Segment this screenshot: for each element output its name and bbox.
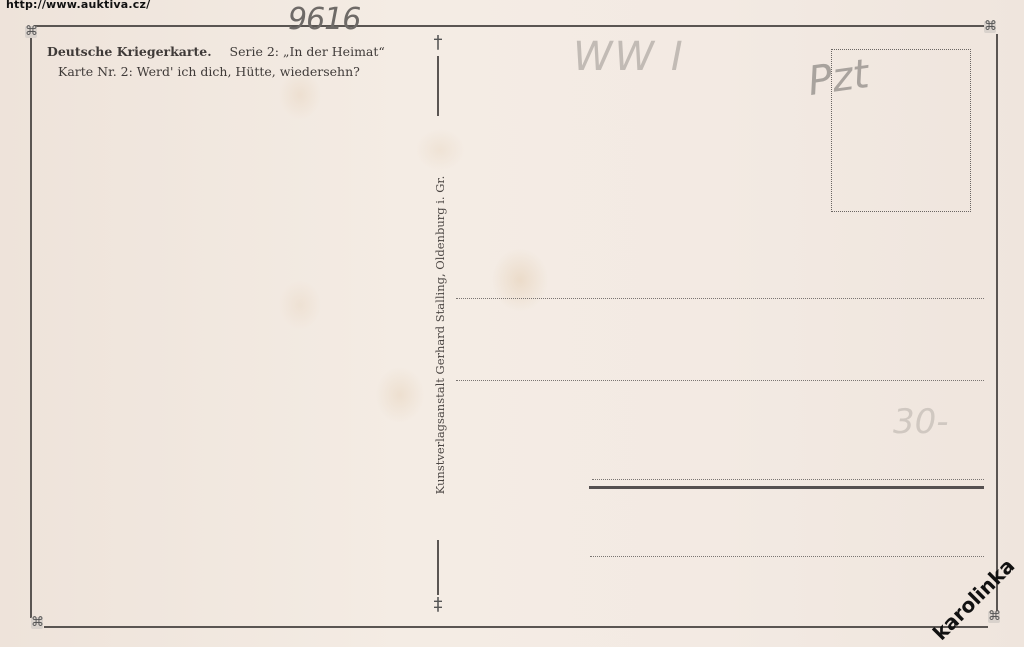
address-line-4 xyxy=(590,556,984,557)
card-title: Deutsche Kriegerkarte. Serie 2: „In der … xyxy=(47,44,385,59)
corner-ornament-icon-top-left: ⌘ xyxy=(25,26,37,38)
pencil-era-note: WW I xyxy=(573,34,685,80)
frame-top-border xyxy=(34,25,988,27)
divider-line-upper xyxy=(437,56,439,116)
corner-ornament-icon-bottom-left: ⌘ xyxy=(31,617,43,629)
stamp-box xyxy=(831,49,971,212)
frame-bottom-border xyxy=(44,626,988,628)
card-title-bold: Deutsche Kriegerkarte. xyxy=(47,44,212,59)
frame-right-border xyxy=(996,34,998,612)
address-line-1 xyxy=(456,298,984,299)
address-destination-underline xyxy=(589,486,984,489)
pencil-inventory-number: 9616 xyxy=(288,2,360,37)
corner-ornament-icon-bottom-right: ⌘ xyxy=(988,611,1000,623)
card-subtitle: Karte Nr. 2: Werd' ich dich, Hütte, wied… xyxy=(58,64,360,79)
frame-left-border xyxy=(30,36,32,618)
seller-watermark: karolinka xyxy=(928,554,1019,645)
pencil-price: 30- xyxy=(893,402,949,442)
watermark-url: http://www.auktiva.cz/ xyxy=(6,0,150,11)
address-line-2 xyxy=(456,380,984,381)
divider-line-lower xyxy=(437,540,439,595)
address-line-3 xyxy=(592,479,984,480)
corner-ornament-icon-top-right: ⌘ xyxy=(984,21,996,33)
publisher-imprint: Kunstverlagsanstalt Gerhard Stalling, Ol… xyxy=(433,125,447,545)
divider-bottom-ornament-icon: ‡ xyxy=(428,596,448,614)
divider-top-ornament-icon: † xyxy=(428,34,448,52)
card-series: Serie 2: „In der Heimat“ xyxy=(230,44,385,59)
